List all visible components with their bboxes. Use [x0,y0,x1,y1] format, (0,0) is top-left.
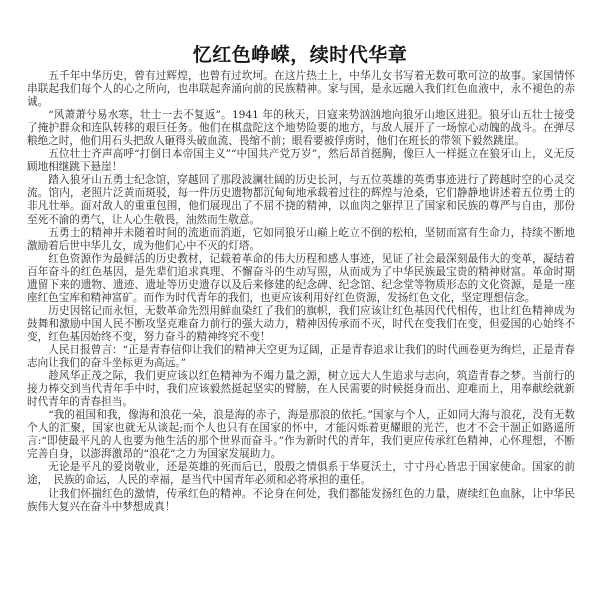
paragraph-sea-and-waves: “我的祖国和我，像海和浪花一朵，浪是海的赤子，海是那浪的依托。”国家与个人，正如… [27,409,575,461]
paragraph-history-remembered: 历史因铭记而永恒，无数革命先烈用鲜血染红了我们的旗帜，我们应该让红色基因代代相传… [27,305,575,344]
document-title: 忆红色峥嵘，续时代华章 [0,40,600,67]
paragraph-conclusion: 让我们怀揣红色的激情，传承红色的精神。不论身在何处，我们都能发扬红色的力量，赓续… [27,488,575,514]
paragraph-langya-battle: “风萧萧兮易水寒，壮士一去不复返”。1941 年的秋天，日寇来势汹汹地向狼牙山地… [27,109,575,148]
paragraph-red-resources: 红色资源作为最鲜活的历史教材，记载着革命的伟大历程和感人事迹，见证了社会最深刻最… [27,253,575,305]
paragraph-spirit-lighthouse: 五勇士的精神并未随着时间的流逝而消逝，它如同狼牙山巅上屹立不倒的松柏，坚韧而富有… [27,227,575,253]
paragraph-five-heroes-jump: 五位壮士齐声高呼“打倒日本帝国主义”“中国共产党万岁”，然后昂首挺胸，像巨人一样… [27,148,575,174]
paragraph-national-mission: 无论是平凡的爱岗敬业，还是英雄的死而后已，殷殷之情俱系于华夏沃土，寸寸丹心皆忠于… [27,461,575,487]
paragraph-intro: 五千年中华历史，曾有过辉煌，也曾有过坎坷。在这片热土上，中华儿女书写着无数可歌可… [27,70,575,109]
paragraph-memorial-visit: 踏入狼牙山五勇士纪念馆，穿越回了那段波澜壮阔的历史长河，与五位英雄的英勇事迹进行… [27,174,575,226]
document-page: 忆红色峥嵘，续时代华章 五千年中华历史，曾有过辉煌，也曾有过坎坷。在这片热土上，… [0,0,600,600]
paragraph-youth-responsibility: 趁风华正茂之际，我们更应该以红色精神为不竭力量之源，树立远大人生追求与志向，筑造… [27,370,575,409]
document-body: 五千年中华历史，曾有过辉煌，也曾有过坎坷。在这片热土上，中华儿女书写着无数可歌可… [27,70,575,514]
paragraph-peoples-daily-quote: 人民日报曾言：“正是青春信仰让我们的精神天空更为辽阔，正是青春追求让我们的时代画… [27,344,575,370]
